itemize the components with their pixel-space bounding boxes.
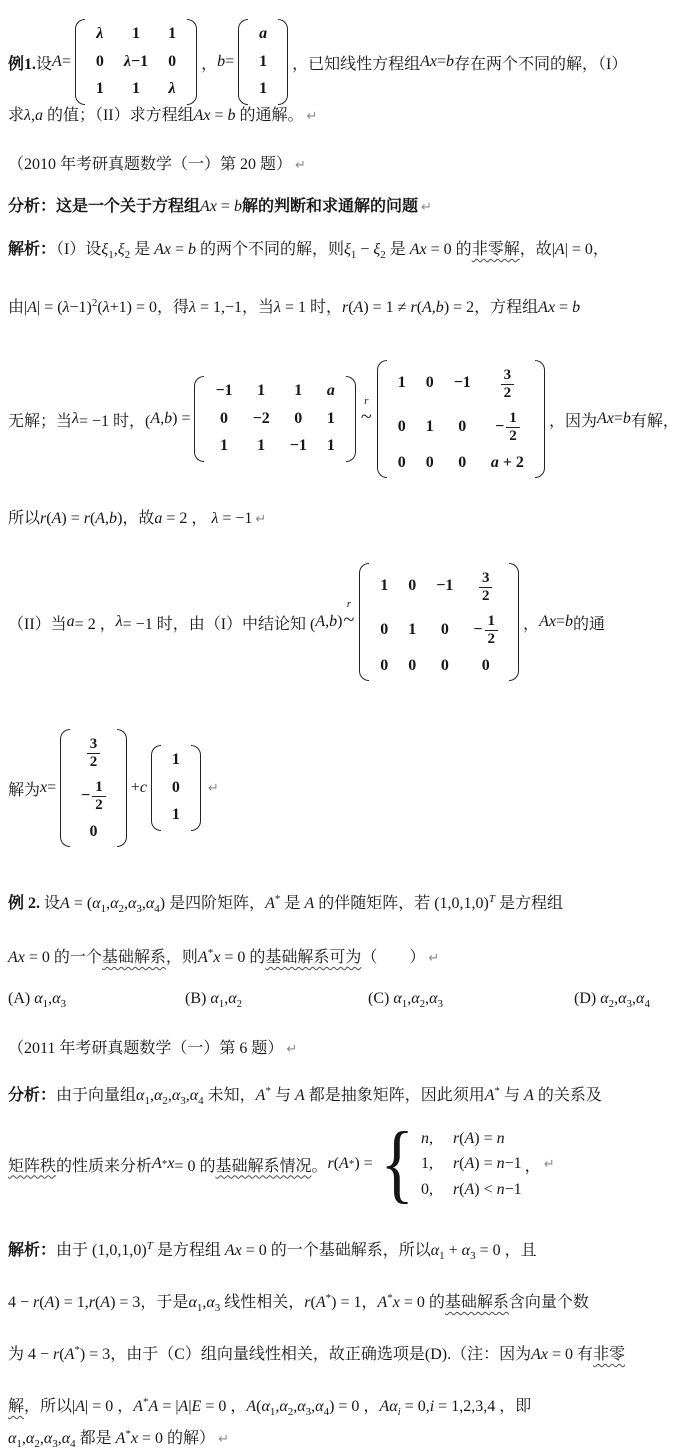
cases-grid: n,r(A) = n1,r(A) = n−10,r(A) < n−1 — [421, 1129, 522, 1199]
text-run: A — [179, 1398, 189, 1415]
text-run: A — [152, 1155, 162, 1173]
line-example2-setup: 例 2. 设A = (α1,α2,α3,α4) 是四阶矩阵，A* 是 A 的伴随… — [8, 886, 676, 922]
text-run: 是 — [130, 241, 154, 258]
text-run: λ,a — [24, 107, 43, 124]
text-run: A — [45, 1294, 55, 1311]
text-run: x — [393, 1294, 400, 1311]
text-run: 线性相关， — [220, 1294, 304, 1311]
text-run: 非零解 — [472, 241, 520, 258]
matrix-cell: a — [259, 25, 267, 43]
text-run: n — [497, 1155, 505, 1172]
text-run: ，因为 — [549, 408, 597, 431]
text-run: a — [259, 25, 267, 42]
text-run: λ — [116, 613, 123, 631]
option-a: (A) α1,α3 — [8, 986, 66, 1017]
text-run: 的通 — [573, 611, 605, 634]
matrix-cell: 32 — [501, 366, 515, 402]
matrix-cell: a — [327, 382, 335, 400]
matrix-cell: 0 — [441, 657, 449, 675]
text-run: A — [60, 895, 70, 912]
matrix-cell: 0 — [458, 454, 466, 472]
text-run: ) = 3，由于（C）组向量线性相关，故正确选项是(D).（注：因为 — [80, 1346, 531, 1363]
text-run: = −1 — [218, 510, 252, 527]
matrix-cell: 1 — [380, 577, 388, 595]
paragraph-return-mark: ↵ — [428, 951, 439, 966]
matrix-cell: −1 — [290, 437, 307, 455]
text-run: 1 — [257, 437, 265, 454]
text-run: α — [315, 1398, 323, 1415]
fraction-stack: 32 — [501, 367, 515, 402]
text-run: A,b — [95, 510, 117, 527]
text-run: A — [379, 1398, 389, 1415]
fraction-numerator: 1 — [485, 613, 499, 630]
fraction-numerator: 1 — [92, 779, 106, 796]
text-run: 1 — [172, 806, 180, 823]
text-run: 0 — [482, 657, 490, 674]
text-run: α — [172, 1087, 180, 1104]
text-run: −1 — [131, 53, 148, 70]
text-run: 矩阵秩 — [8, 1153, 56, 1176]
line-example1-general-solution: 解为x = 32−120 + c101↵ — [8, 707, 676, 869]
text-run: E — [192, 1398, 202, 1415]
fraction-stack: 32 — [479, 570, 493, 605]
text-run: ) = — [474, 1130, 496, 1147]
text-run: = — [225, 53, 234, 71]
text-run: 0, — [421, 1181, 433, 1198]
matrix-cell: 0 — [89, 823, 97, 841]
text-run: α — [389, 1398, 397, 1415]
text-run: （I）设 — [56, 241, 101, 258]
text-run: (B) — [185, 990, 210, 1007]
left-brace-icon: { — [380, 1121, 414, 1207]
line-example2-question: Ax = 0 的一个基础解系，则A*x = 0 的基础解系可为（ ）↵ — [8, 940, 676, 972]
text-run: 解的判断和求通解的问题 — [242, 198, 418, 215]
option-d: (D) α2,α3,α4 — [574, 986, 650, 1017]
matrix-cell: 1 — [408, 621, 416, 639]
text-run: 0 — [96, 53, 104, 70]
text-run: = 0 的 — [174, 1153, 215, 1176]
matrix-cell: 1 — [172, 751, 180, 769]
text-run: ，故 — [520, 241, 552, 258]
matrix-cell: a + 2 — [491, 454, 524, 472]
matrix-cell: 1 — [259, 53, 267, 71]
matrix-cell: 0 — [398, 418, 406, 436]
text-run: b — [446, 53, 454, 71]
text-run: ，则 — [166, 949, 198, 966]
matrix-cell: 1 — [96, 80, 104, 98]
text-run: A — [304, 895, 314, 912]
text-run: −1 — [215, 382, 232, 399]
text-run: A — [465, 1130, 475, 1147]
text-run: A — [377, 1294, 387, 1311]
text-run: 1 — [172, 751, 180, 768]
text-run: 3 — [61, 998, 67, 1010]
text-run: 有解， — [631, 408, 678, 431]
text-run: α — [210, 990, 218, 1007]
text-run: Ax — [8, 949, 25, 966]
matrix-cell: 1 — [132, 25, 140, 43]
matrix-cell: 32 — [87, 735, 101, 771]
fraction-stack: 12 — [485, 613, 499, 648]
text-run: A — [295, 1087, 305, 1104]
text-run: = — [614, 410, 623, 428]
text-run: 含向量个数 — [509, 1294, 589, 1311]
matrix-cell: 0 — [172, 779, 180, 797]
text-run: 1, — [421, 1155, 433, 1172]
text-run: 求 — [8, 107, 24, 124]
text-run: 1 — [132, 25, 140, 42]
text-run: 3 — [438, 998, 444, 1010]
text-run: = −1 时，由（I）中结论知 ( — [123, 611, 316, 634]
text-run: + — [131, 779, 140, 797]
text-run: α — [393, 990, 401, 1007]
text-run: 0 — [441, 657, 449, 674]
matrix: 10−132010−120000 — [359, 563, 519, 682]
matrix-cell: 1 — [257, 437, 265, 455]
text-run: α — [190, 1087, 198, 1104]
fraction-sign: − — [473, 621, 482, 639]
fraction-denominator: 2 — [485, 630, 499, 648]
text-run: 设 — [40, 895, 60, 912]
matrix-cell: 0 — [408, 577, 416, 595]
text-run: −2 — [253, 410, 270, 427]
matrix-cell: −1 — [436, 577, 453, 595]
text-run: 例1. — [8, 51, 36, 74]
left-paren — [377, 360, 387, 479]
text-run: α — [431, 1242, 439, 1259]
text-run: 1 — [398, 374, 406, 391]
line-example2-source: （2011 年考研真题数学（一）第 6 题）↵ — [8, 1036, 676, 1063]
paragraph-return-mark: ↵ — [255, 512, 266, 527]
matrix-cell: −12 — [495, 410, 520, 445]
text-run: 1 — [220, 437, 228, 454]
text-run: ，所以 — [24, 1398, 72, 1415]
fraction-denominator: 2 — [479, 587, 493, 605]
fraction: −12 — [81, 779, 106, 814]
text-run: = 2 ， — [162, 510, 211, 527]
text-run: α — [411, 990, 419, 1007]
text-run: λ — [103, 299, 110, 316]
text-run: b — [572, 299, 580, 316]
text-run: 1 — [380, 577, 388, 594]
text-run: + 2 — [499, 454, 524, 471]
text-run: x — [167, 1155, 174, 1173]
matrix-cell: −1 — [454, 374, 471, 392]
matrix-cell: 1 — [259, 80, 267, 98]
text-run: ) = — [172, 410, 190, 428]
text-run: 的通解。 — [236, 107, 304, 124]
text-run: ， — [523, 611, 539, 634]
fraction-numerator: 3 — [479, 570, 493, 587]
text-run: = 0 的一个 — [25, 949, 102, 966]
text-run: 是 — [280, 895, 304, 912]
text-run: = 2 ， — [75, 611, 116, 634]
right-paren — [535, 360, 545, 479]
text-run: ) < — [474, 1181, 496, 1198]
right-paren — [187, 19, 197, 104]
cases-cell: 0, — [421, 1180, 433, 1199]
text-run: 0 — [426, 454, 434, 471]
text-run: = — [556, 613, 565, 631]
text-run: α — [92, 895, 100, 912]
text-run: b — [234, 198, 242, 215]
row-equivalence-icon: r~ — [343, 599, 354, 630]
text-run: 解 — [8, 1398, 24, 1415]
text-run: Ax — [531, 1346, 548, 1363]
right-paren — [278, 19, 288, 104]
matrix-cell: 0 — [458, 418, 466, 436]
text-run: a — [67, 613, 75, 631]
text-run: λ — [96, 25, 103, 42]
matrix-cell: 32 — [479, 569, 493, 605]
text-run: 0 — [168, 53, 176, 70]
text-run: 未知， — [204, 1087, 256, 1104]
matrix-cell: 1 — [168, 25, 176, 43]
text-run: 的值；（II）求方程组 — [43, 107, 194, 124]
left-paren — [238, 19, 248, 104]
text-run: 0 — [380, 621, 388, 638]
matrix-cell: 0 — [441, 621, 449, 639]
right-paren — [117, 729, 127, 848]
text-run: 1 — [168, 25, 176, 42]
text-run: 例 2. — [8, 895, 40, 912]
text-run: = 1 时， — [281, 299, 342, 316]
text-run: 基础解系情况 — [215, 1153, 311, 1176]
text-run: = 0 的 — [220, 949, 265, 966]
text-run: 的伴随矩阵，若 (1,0,1,0) — [314, 895, 489, 912]
text-run: ) = 1， — [331, 1294, 377, 1311]
text-run: 与 — [271, 1087, 295, 1104]
text-run: A,b — [422, 299, 444, 316]
text-run: A — [555, 241, 565, 258]
matrix-cell: 1 — [257, 382, 265, 400]
text-run: 0 — [408, 577, 416, 594]
left-paren — [151, 745, 161, 830]
text-run: = −1 时，( — [79, 408, 150, 431]
matrix-cell: 1 — [294, 382, 302, 400]
matrix-cell: λ — [169, 80, 176, 98]
line-example2-solution-1: 解析：由于 (1,0,1,0)T 是方程组 Ax = 0 的一个基础解系，所以α… — [8, 1233, 676, 1269]
text-run: = 0， — [568, 241, 609, 258]
line-example1-source: （2010 年考研真题数学（一）第 20 题）↵ — [8, 152, 676, 179]
text-run: = — [437, 53, 446, 71]
text-run: a — [327, 382, 335, 399]
text-run: 。 — [311, 1153, 327, 1176]
cases-cell: r(A) = n — [453, 1129, 505, 1148]
text-run: = 1,−1，当 — [196, 299, 274, 316]
matrix-grid: 10−132010−12000a + 2 — [388, 360, 534, 479]
text-run: 与 — [500, 1087, 524, 1104]
text-run: A — [246, 1398, 256, 1415]
text-run: A,b — [150, 410, 172, 428]
fraction-numerator: 3 — [501, 367, 515, 384]
text-run: 由 — [8, 299, 24, 316]
text-run: α — [429, 990, 437, 1007]
matrix: 32−120 — [60, 729, 127, 848]
text-run: = 0 有 — [548, 1346, 593, 1363]
matrix-cell: 1 — [172, 806, 180, 824]
text-run: Ax — [410, 241, 427, 258]
text-run: 1 — [327, 437, 335, 454]
text-run: 4 — [644, 998, 650, 1010]
text-run: (D) — [574, 990, 600, 1007]
text-run: Ax — [154, 241, 171, 258]
text-run: （2011 年考研真题数学（一）第 6 题） — [8, 1040, 283, 1057]
text-run: −1 — [290, 437, 307, 454]
matrix-cell: 0 — [380, 657, 388, 675]
text-run: 1 — [294, 382, 302, 399]
paragraph-return-mark: ↵ — [307, 109, 318, 124]
text-run: α — [228, 990, 236, 1007]
text-run: α — [462, 1242, 470, 1259]
text-run: 解析： — [8, 1242, 56, 1259]
text-run: = 0 的 — [400, 1294, 445, 1311]
text-run: ξ — [118, 241, 125, 258]
text-run: = 0, — [401, 1398, 430, 1415]
text-run: = ( — [70, 895, 92, 912]
text-run: α — [52, 990, 60, 1007]
text-run: 0 — [398, 418, 406, 435]
text-run: = — [47, 779, 56, 797]
text-run: ) = — [61, 510, 83, 527]
text-run: ) = — [474, 1155, 496, 1172]
text-run: 解析： — [8, 241, 56, 258]
text-run: = 0 的解） — [138, 1430, 215, 1447]
matrix-grid: 10−132010−120000 — [370, 563, 508, 682]
text-run: 的关系及 — [534, 1087, 602, 1104]
line-example2-analysis-2-cases: 矩阵秩的性质来分析A*x = 0 的基础解系情况。 r(A*) = {n,r(A… — [8, 1116, 676, 1212]
text-run: = — [171, 241, 188, 258]
matrix-cell: 1 — [426, 418, 434, 436]
text-run: = — [62, 53, 71, 71]
matrix-cell: 0 — [96, 53, 104, 71]
matrix-grid: 101 — [162, 745, 190, 830]
text-run: A — [27, 299, 37, 316]
matrix-cell: −12 — [473, 613, 498, 648]
text-run: （ ） — [361, 949, 425, 966]
text-run: A — [75, 1398, 85, 1415]
text-run: n — [497, 1181, 505, 1198]
left-paren — [60, 729, 70, 848]
text-run: −1) — [70, 299, 92, 316]
line-example1-augmented-matrix: 无解；当λ = −1 时，(A,b) = −111a0−20111−11r~10… — [8, 333, 676, 505]
text-run: ) = 0 ， — [329, 1398, 379, 1415]
matrix: a11 — [238, 19, 288, 104]
left-paren — [194, 376, 204, 461]
matrix-cell: 1 — [220, 437, 228, 455]
text-run: 是方程组 — [153, 1242, 225, 1259]
text-run: A — [65, 1346, 75, 1363]
matrix-cell: −2 — [253, 410, 270, 428]
text-run: λ — [63, 299, 70, 316]
text-run: = ( — [40, 299, 62, 316]
text-run: λ — [189, 299, 196, 316]
text-run: λ — [274, 299, 281, 316]
matrix: 101 — [151, 745, 201, 830]
text-run: A — [52, 510, 62, 527]
text-run: 是 — [386, 241, 410, 258]
text-run: b — [565, 613, 573, 631]
matrix-cell: 1 — [398, 374, 406, 392]
text-run: Ax — [194, 107, 211, 124]
text-run: = — [211, 107, 228, 124]
text-run: 0 — [172, 779, 180, 796]
text-run: 1 — [426, 418, 434, 435]
text-run: ) = 1 ≠ — [363, 299, 410, 316]
text-run: ) = — [354, 1155, 372, 1173]
matrix-cell: 0 — [294, 410, 302, 428]
text-run: 1 — [96, 80, 104, 97]
text-run: 0 — [441, 621, 449, 638]
text-run: = 0 的一个基础解系，所以 — [242, 1242, 431, 1259]
matrix-grid: −111a0−20111−11 — [205, 376, 344, 461]
text-run: A — [485, 1087, 495, 1104]
text-run: A — [465, 1181, 475, 1198]
matrix-grid: 32−120 — [71, 729, 116, 848]
line-example2-analysis-1: 分析：由于向量组α1,α2,α3,α4 未知，A* 与 A 都是抽象矩阵，因此须… — [8, 1078, 676, 1114]
text-run: , — [429, 1130, 433, 1147]
cases-group: {n,r(A) = n1,r(A) = n−10,r(A) < n−1 — [376, 1121, 522, 1207]
text-run: 0 — [89, 823, 97, 840]
text-run: A — [198, 949, 208, 966]
text-run: 的两个不同的解，则 — [196, 241, 344, 258]
left-paren — [75, 19, 85, 104]
fraction: −12 — [495, 410, 520, 445]
text-run: A,b — [315, 613, 337, 631]
text-run: A — [256, 1087, 266, 1104]
matrix-cell: 0 — [220, 410, 228, 428]
matrix-cell: 0 — [168, 53, 176, 71]
text-run: Ax — [200, 198, 217, 215]
text-run: 基础解系可为 — [265, 949, 361, 966]
tilde-icon: ~ — [361, 407, 372, 427]
fraction: 32 — [501, 367, 515, 402]
matrix-cell: λ — [96, 25, 103, 43]
text-run: ) = 3，于是 — [110, 1294, 188, 1311]
matrix-grid: λ110λ−1011λ — [86, 19, 186, 104]
fraction-denominator: 2 — [501, 384, 515, 402]
fraction-stack: 12 — [506, 410, 520, 445]
text-run: a — [491, 454, 499, 471]
cases-cell: 1, — [421, 1154, 433, 1173]
text-run: −1 — [505, 1181, 522, 1198]
paragraph-return-mark: ↵ — [421, 200, 432, 215]
text-run: b — [623, 410, 631, 428]
line-example1-solution-1: 解析：（I）设ξ1,ξ2 是 Ax = b 的两个不同的解，则ξ1 − ξ2 是… — [8, 237, 676, 268]
text-run: 0 — [458, 454, 466, 471]
text-run: 1 — [408, 621, 416, 638]
line-example2-solution-4: 解，所以|A| = 0 ，A*A = |A|E = 0 ，A(α1,α2,α3,… — [8, 1389, 676, 1425]
text-run: = 0 ， — [201, 1398, 246, 1415]
text-run: α — [44, 1430, 52, 1447]
text-run: Ax — [420, 53, 437, 71]
text-run: α — [261, 1398, 269, 1415]
text-run: b — [188, 241, 196, 258]
text-run: = 1,2,3,4 ，即 — [434, 1398, 531, 1415]
text-run: 的性质来分析 — [56, 1153, 152, 1176]
right-paren — [191, 745, 201, 830]
text-run: A — [524, 1087, 534, 1104]
fraction: −12 — [473, 613, 498, 648]
fraction-stack: 32 — [87, 736, 101, 771]
text-run: = 0 ，且 — [476, 1242, 537, 1259]
text-run: ， — [201, 51, 217, 74]
text-run: 设 — [36, 51, 52, 74]
matrix-cell: 0 — [398, 454, 406, 472]
text-run: )，故 — [117, 510, 154, 527]
fraction-denominator: 2 — [92, 796, 106, 814]
text-run: = 0 ， — [88, 1398, 133, 1415]
